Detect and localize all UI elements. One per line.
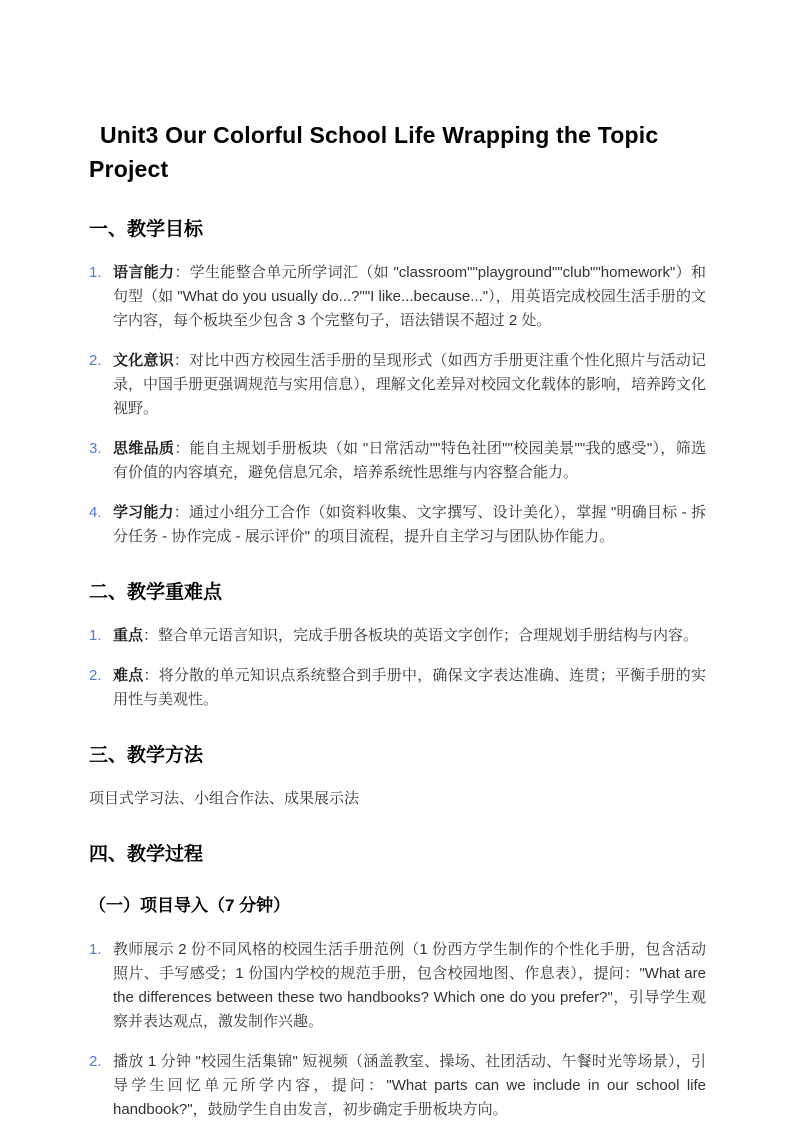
item-label: 难点	[113, 667, 143, 684]
item-body: 播放 1 分钟 "校园生活集锦" 短视频（涵盖教室、操场、社团活动、午餐时光等场…	[113, 1053, 706, 1118]
list-item-text: 教师展示 2 份不同风格的校园生活手册范例（1 份西方学生制作的个性化手册，包含…	[113, 938, 706, 1034]
list-item: 1. 语言能力：学生能整合单元所学词汇（如 "classroom""playgr…	[89, 261, 706, 333]
section-teaching-methods: 三、教学方法 项目式学习法、小组合作法、成果展示法	[89, 742, 706, 811]
item-body: ：将分散的单元知识点系统整合到手册中，确保文字表达准确、连贯；平衡手册的实用性与…	[113, 667, 706, 708]
item-body: ：通过小组分工合作（如资料收集、文字撰写、设计美化），掌握 "明确目标 - 拆分…	[113, 504, 706, 545]
list-item-text: 学习能力：通过小组分工合作（如资料收集、文字撰写、设计美化），掌握 "明确目标 …	[113, 501, 706, 549]
page-title: Unit3 Our Colorful School Life Wrapping …	[89, 118, 706, 186]
list-item-text: 重点：整合单元语言知识，完成手册各板块的英语文字创作；合理规划手册结构与内容。	[113, 624, 706, 648]
list-item: 2. 文化意识：对比中西方校园生活手册的呈现形式（如西方手册更注重个性化照片与活…	[89, 349, 706, 421]
list-item: 3. 思维品质：能自主规划手册板块（如 "日常活动""特色社团""校园美景""我…	[89, 437, 706, 485]
list-number: 3.	[89, 437, 113, 485]
list-item-text: 语言能力：学生能整合单元所学词汇（如 "classroom""playgroun…	[113, 261, 706, 333]
project-intro-list: 1. 教师展示 2 份不同风格的校园生活手册范例（1 份西方学生制作的个性化手册…	[89, 938, 706, 1122]
heading-teaching-process: 四、教学过程	[89, 841, 706, 868]
item-label: 思维品质	[113, 440, 174, 457]
item-label: 语言能力	[113, 264, 174, 281]
key-points-list: 1. 重点：整合单元语言知识，完成手册各板块的英语文字创作；合理规划手册结构与内…	[89, 624, 706, 712]
section-key-difficult-points: 二、教学重难点 1. 重点：整合单元语言知识，完成手册各板块的英语文字创作；合理…	[89, 579, 706, 712]
list-number: 4.	[89, 501, 113, 549]
list-number: 1.	[89, 624, 113, 648]
item-body: ：对比中西方校园生活手册的呈现形式（如西方手册更注重个性化照片与活动记录，中国手…	[113, 352, 706, 417]
list-item: 2. 播放 1 分钟 "校园生活集锦" 短视频（涵盖教室、操场、社团活动、午餐时…	[89, 1050, 706, 1122]
item-body: ：学生能整合单元所学词汇（如 "classroom""playground""c…	[113, 264, 706, 329]
list-item: 1. 教师展示 2 份不同风格的校园生活手册范例（1 份西方学生制作的个性化手册…	[89, 938, 706, 1034]
list-item-text: 难点：将分散的单元知识点系统整合到手册中，确保文字表达准确、连贯；平衡手册的实用…	[113, 664, 706, 712]
document-page: Unit3 Our Colorful School Life Wrapping …	[0, 0, 794, 1123]
item-label: 学习能力	[113, 504, 174, 521]
subheading-project-intro: （一）项目导入（7 分钟）	[89, 894, 706, 918]
heading-teaching-methods: 三、教学方法	[89, 742, 706, 769]
item-body: ：整合单元语言知识，完成手册各板块的英语文字创作；合理规划手册结构与内容。	[143, 627, 698, 644]
list-item: 2. 难点：将分散的单元知识点系统整合到手册中，确保文字表达准确、连贯；平衡手册…	[89, 664, 706, 712]
heading-key-difficult-points: 二、教学重难点	[89, 579, 706, 606]
list-item: 1. 重点：整合单元语言知识，完成手册各板块的英语文字创作；合理规划手册结构与内…	[89, 624, 706, 648]
list-item-text: 思维品质：能自主规划手册板块（如 "日常活动""特色社团""校园美景""我的感受…	[113, 437, 706, 485]
list-number: 2.	[89, 349, 113, 421]
item-label: 文化意识	[113, 352, 174, 369]
item-body: ：能自主规划手册板块（如 "日常活动""特色社团""校园美景""我的感受"），筛…	[113, 440, 706, 481]
item-body: 教师展示 2 份不同风格的校园生活手册范例（1 份西方学生制作的个性化手册，包含…	[113, 941, 706, 1030]
list-number: 2.	[89, 664, 113, 712]
list-item-text: 播放 1 分钟 "校园生活集锦" 短视频（涵盖教室、操场、社团活动、午餐时光等场…	[113, 1050, 706, 1122]
section-teaching-goals: 一、教学目标 1. 语言能力：学生能整合单元所学词汇（如 "classroom"…	[89, 216, 706, 549]
list-item-text: 文化意识：对比中西方校园生活手册的呈现形式（如西方手册更注重个性化照片与活动记录…	[113, 349, 706, 421]
section-teaching-process: 四、教学过程 （一）项目导入（7 分钟） 1. 教师展示 2 份不同风格的校园生…	[89, 841, 706, 1122]
teaching-goals-list: 1. 语言能力：学生能整合单元所学词汇（如 "classroom""playgr…	[89, 261, 706, 549]
teaching-methods-text: 项目式学习法、小组合作法、成果展示法	[89, 787, 706, 811]
list-item: 4. 学习能力：通过小组分工合作（如资料收集、文字撰写、设计美化），掌握 "明确…	[89, 501, 706, 549]
list-number: 1.	[89, 261, 113, 333]
heading-teaching-goals: 一、教学目标	[89, 216, 706, 243]
item-label: 重点	[113, 627, 143, 644]
list-number: 2.	[89, 1050, 113, 1122]
list-number: 1.	[89, 938, 113, 1034]
